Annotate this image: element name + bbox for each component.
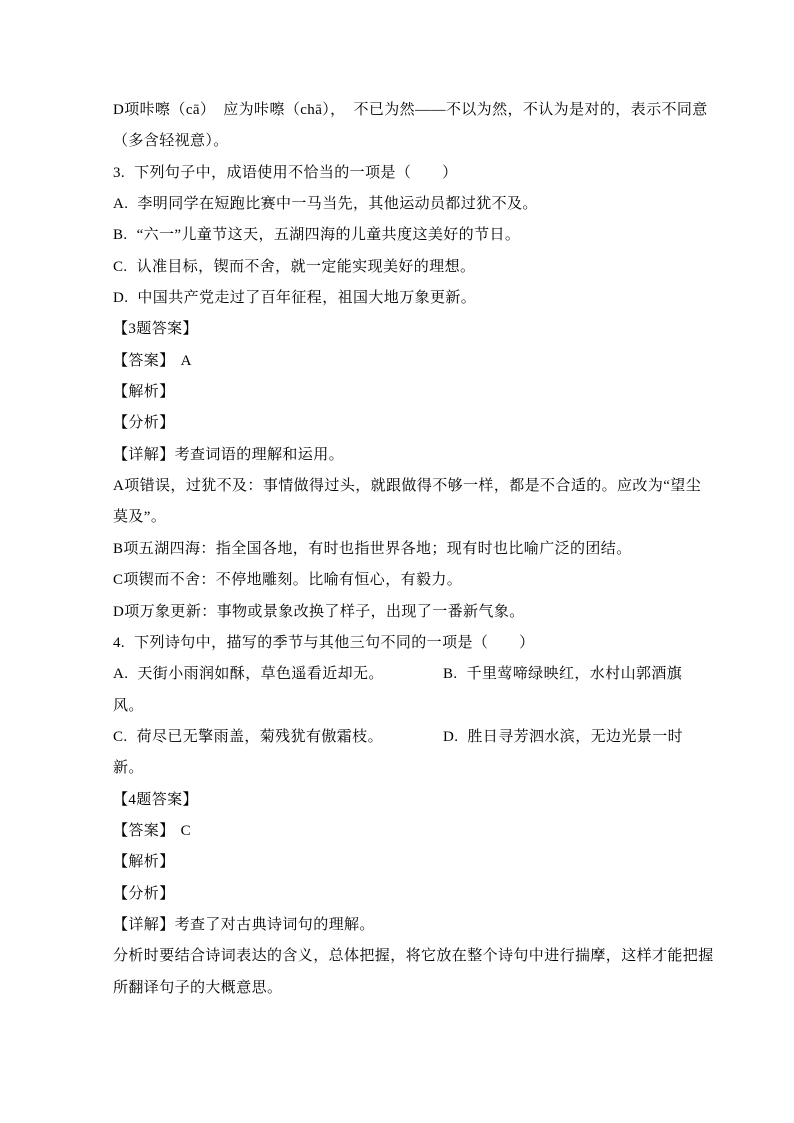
answer-label: 【答案】 (113, 346, 175, 377)
option-row-d: D.中国共产党走过了百年征程，祖国大地万象更新。 (113, 283, 754, 314)
poem-option-right: 胜日寻芳泗水滨，无边光景一时 (467, 729, 683, 745)
poem-option-wrap-line: 风。 (113, 691, 754, 722)
answer-row: 【答案】C (113, 816, 754, 847)
answer-value: A (181, 353, 192, 369)
answers-header: 【4题答案】 (113, 785, 754, 816)
poem-option-row-cd: C.荷尽已无擎雨盖，菊残犹有傲霜枝。 D.胜日寻芳泗水滨，无边光景一时 (113, 722, 754, 753)
poem-option-row-ab: A.天街小雨润如酥，草色遥看近却无。 B.千里莺啼绿映红，水村山郭酒旗 (113, 659, 754, 690)
answer-value: C (181, 823, 191, 839)
option-text: 李明同学在短跑比赛中一马当先，其他运动员都过犹不及。 (137, 196, 537, 212)
poem-option-wrap-line: 新。 (113, 753, 754, 784)
answer-row: 【答案】A (113, 346, 754, 377)
analysis-label: 【解析】 (113, 377, 754, 408)
option-row-a: A.李明同学在短跑比赛中一马当先，其他运动员都过犹不及。 (113, 189, 754, 220)
breakdown-label: 【分析】 (113, 408, 754, 439)
analysis-label: 【解析】 (113, 847, 754, 878)
question-3-stem-text: 下列句子中，成语使用不恰当的一项是（ ） (134, 165, 457, 181)
prev-question-explanation: D项咔嚓（cā） 应为咔嚓（chā）， 不已为然——不以为然，不认为是对的，表示… (113, 95, 754, 158)
option-label: B. (443, 659, 458, 690)
detail-line: 【详解】考查词语的理解和运用。 (113, 440, 754, 471)
detail-line: 所翻译句子的大概意思。 (113, 973, 754, 1004)
option-label: C. (113, 722, 128, 753)
option-text: “六一”儿童节这天，五湖四海的儿童共度这美好的节日。 (137, 227, 521, 243)
poem-option-right-wrapper: D.胜日寻芳泗水滨，无边光景一时 (443, 722, 683, 753)
poem-option-left: 天街小雨润如酥，草色遥看近却无。 (137, 666, 383, 682)
poem-option-right: 千里莺啼绿映红，水村山郭酒旗 (467, 666, 683, 682)
option-label: A. (113, 659, 128, 690)
option-row-c: C.认准目标，锲而不舍，就一定能实现美好的理想。 (113, 252, 754, 283)
option-row-b: B.“六一”儿童节这天，五湖四海的儿童共度这美好的节日。 (113, 220, 754, 251)
option-label: B. (113, 220, 128, 251)
detail-line: 分析时要结合诗词表达的含义，总体把握，将它放在整个诗句中进行揣摩，这样才能把握 (113, 941, 754, 972)
answers-header: 【3题答案】 (113, 314, 754, 345)
detail-line: C项锲而不舍：不停地雕刻。比喻有恒心，有毅力。 (113, 565, 754, 596)
text-line: D项咔嚓（cā） 应为咔嚓（chā）， 不已为然——不以为然，不认为是对的，表示… (113, 95, 754, 126)
option-text: 认准目标，锲而不舍，就一定能实现美好的理想。 (137, 259, 476, 275)
question-3-number: 3. (113, 158, 125, 189)
detail-line: B项五湖四海：指全国各地，有时也指世界各地；现有时也比喻广泛的团结。 (113, 534, 754, 565)
answer-label: 【答案】 (113, 816, 175, 847)
option-text: 中国共产党走过了百年征程，祖国大地万象更新。 (137, 290, 476, 306)
text-line: （多含轻视意）。 (113, 126, 754, 157)
question-4-stem: 4.下列诗句中，描写的季节与其他三句不同的一项是（ ） (113, 628, 754, 659)
detail-line: 莫及”。 (113, 502, 754, 533)
document-page: D项咔嚓（cā） 应为咔嚓（chā）， 不已为然——不以为然，不认为是对的，表示… (0, 0, 794, 1123)
option-label: C. (113, 252, 128, 283)
poem-option-left: 荷尽已无擎雨盖，菊残犹有傲霜枝。 (137, 729, 383, 745)
question-3-stem: 3.下列句子中，成语使用不恰当的一项是（ ） (113, 158, 754, 189)
question-4-stem-text: 下列诗句中，描写的季节与其他三句不同的一项是（ ） (134, 635, 534, 651)
breakdown-label: 【分析】 (113, 879, 754, 910)
question-4: 4.下列诗句中，描写的季节与其他三句不同的一项是（ ） A.天街小雨润如酥，草色… (113, 628, 754, 785)
question-4-answer-block: 【4题答案】 【答案】C 【解析】 【分析】 【详解】考查了对古典诗词句的理解。… (113, 785, 754, 1004)
detail-line: D项万象更新：事物或景象改换了样子，出现了一番新气象。 (113, 597, 754, 628)
option-label: A. (113, 189, 128, 220)
detail-line: 【详解】考查了对古典诗词句的理解。 (113, 910, 754, 941)
detail-line: A项错误，过犹不及：事情做得过头，就跟做得不够一样，都是不合适的。应改为“望尘 (113, 471, 754, 502)
option-label: D. (443, 722, 458, 753)
question-3-answer-block: 【3题答案】 【答案】A 【解析】 【分析】 【详解】考查词语的理解和运用。 A… (113, 314, 754, 627)
question-3: 3.下列句子中，成语使用不恰当的一项是（ ） A.李明同学在短跑比赛中一马当先，… (113, 158, 754, 315)
poem-option-right-wrapper: B.千里莺啼绿映红，水村山郭酒旗 (443, 659, 682, 690)
question-4-number: 4. (113, 628, 125, 659)
option-label: D. (113, 283, 128, 314)
